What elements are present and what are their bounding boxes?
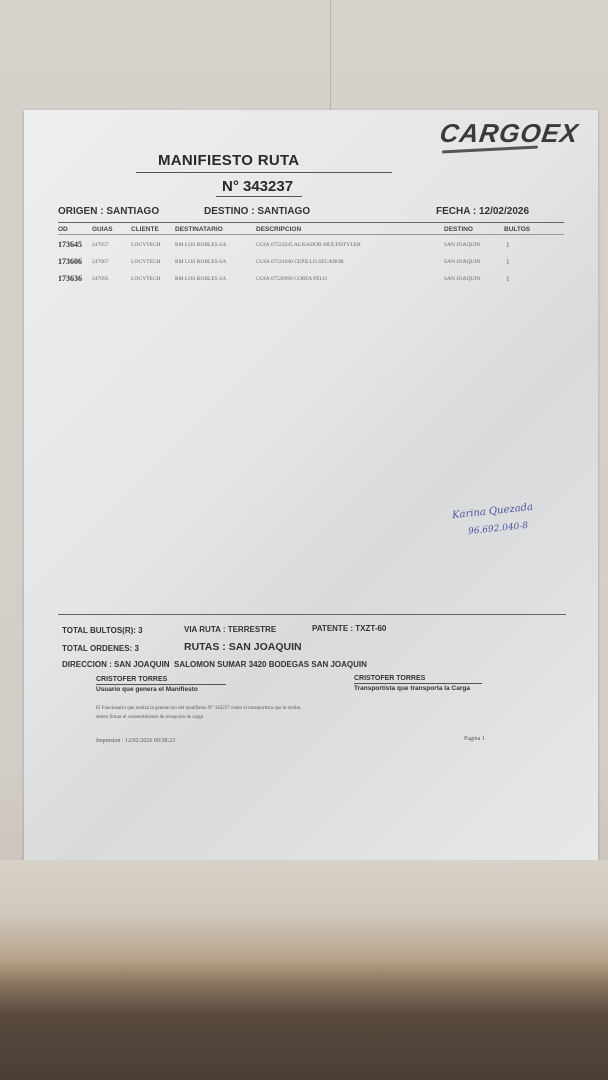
cell-destino: SAN JOAQUIN	[444, 259, 480, 265]
footer-divider	[58, 614, 566, 615]
col-cliente: CLIENTE	[131, 226, 159, 233]
wall-crack	[330, 0, 331, 112]
disclaimer-line-1: El Funcionario que realiza la generacion…	[96, 706, 301, 711]
cell-guia: 247057	[92, 242, 109, 248]
cell-descripcion: GUIA 67523245 ALISADOR MULTISTYLER	[256, 242, 361, 248]
cell-bultos: 1	[506, 275, 510, 283]
number-underline	[216, 196, 302, 197]
title-underline	[136, 172, 392, 173]
handwritten-name: Karina Quezada	[452, 502, 534, 521]
fecha-label: FECHA : 12/02/2026	[436, 206, 529, 217]
cell-destinatario: RM LOS ROBLES SA	[175, 259, 226, 265]
signer-2-name: CRISTOFER TORRES	[354, 675, 425, 682]
manifest-number: N° 343237	[222, 178, 293, 195]
cargoex-logo: CARGOEX	[438, 118, 581, 149]
cell-bultos: 1	[506, 241, 510, 249]
manifest-document: CARGOEX MANIFIESTO RUTA N° 343237 ORIGEN…	[24, 110, 598, 862]
total-bultos: TOTAL BULTOS(R): 3	[62, 626, 143, 635]
col-descripcion: DESCRIPCION	[256, 226, 301, 233]
cell-destino: SAN JOAQUIN	[444, 242, 480, 248]
disclaimer-line-2: deben firmar el consentimiento de recepc…	[96, 715, 203, 720]
cell-descripcion: GUIA 67531040 CEPILLO SECADOR	[256, 259, 344, 265]
cell-bultos: 1	[506, 258, 510, 266]
table-top-line	[58, 222, 564, 223]
signer-1-role: Usuario que genera el Manifiesto	[96, 686, 198, 693]
signer-2-line	[354, 683, 482, 684]
rutas: RUTAS : SAN JOAQUIN	[184, 641, 302, 653]
cell-cliente: LOGYTECH	[131, 276, 161, 282]
cell-cliente: LOGYTECH	[131, 259, 161, 265]
cell-destino: SAN JOAQUIN	[444, 276, 480, 282]
cell-guia: 247095	[92, 276, 109, 282]
col-destinatario: DESTINATARIO	[175, 226, 223, 233]
cell-cliente: LOGYTECH	[131, 242, 161, 248]
cell-destinatario: RM LOS ROBLES SA	[175, 276, 226, 282]
page-number: Pagina 1	[464, 736, 485, 742]
signer-2-role: Transportista que transporta la Carga	[354, 685, 470, 692]
cell-od: 173645	[58, 240, 82, 249]
cell-od: 173636	[58, 274, 82, 283]
signer-1-name: CRISTOFER TORRES	[96, 676, 167, 683]
table-header-line	[58, 234, 564, 235]
via-ruta: VIA RUTA : TERRESTRE	[184, 625, 276, 634]
patente: PATENTE : TXZT-60	[312, 624, 386, 633]
origen-label: ORIGEN : SANTIAGO	[58, 206, 159, 217]
print-timestamp: Impresion : 12/02/2026 09:58:23	[96, 738, 175, 744]
col-bultos: BULTOS	[504, 226, 530, 233]
wooden-surface	[0, 860, 608, 1080]
cell-od: 173606	[58, 257, 82, 266]
cell-destinatario: RM LOS ROBLES SA	[175, 242, 226, 248]
direccion: DIRECCION : SAN JOAQUIN SALOMON SUMAR 34…	[62, 660, 367, 669]
col-guias: GUIAS	[92, 226, 113, 233]
col-od: OD	[58, 226, 68, 233]
document-title: MANIFIESTO RUTA	[158, 152, 299, 169]
col-destino: DESTINO	[444, 226, 473, 233]
destino-label: DESTINO : SANTIAGO	[204, 206, 310, 217]
signer-1-line	[96, 684, 226, 685]
cell-guia: 247067	[92, 259, 109, 265]
handwritten-id: 96.692.040-8	[468, 521, 529, 537]
cell-descripcion: GUIA 67520999 CORTA PELO	[256, 276, 327, 282]
total-ordenes: TOTAL ORDENES: 3	[62, 644, 139, 653]
